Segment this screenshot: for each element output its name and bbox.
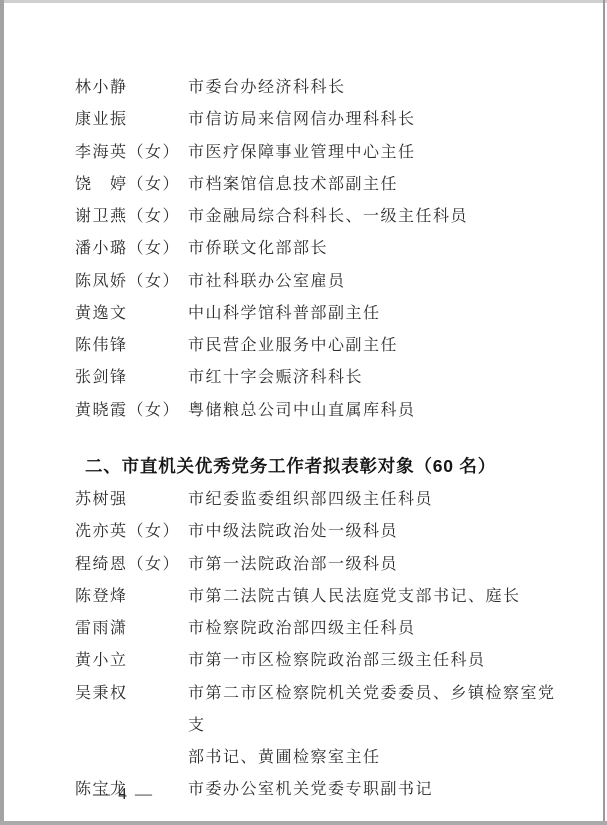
person-title: 市检察院政治部四级主任科员 (188, 613, 567, 645)
roster-section-1: 林小静 市委台办经济科科长 康业振 市信访局来信网信办理科科长 李海英（女） 市… (0, 72, 607, 427)
list-item: 雷雨潇 市检察院政治部四级主任科员 (0, 613, 607, 645)
person-name: 陈登烽 (75, 581, 188, 613)
list-item: 张剑锋 市红十字会赈济科科长 (0, 362, 607, 394)
person-title: 市信访局来信网信办理科科长 (188, 104, 567, 136)
person-title: 市纪委监委组织部四级主任科员 (188, 484, 567, 516)
list-item: 林小静 市委台办经济科科长 (0, 72, 607, 104)
scan-edge-top (0, 0, 607, 3)
person-title: 市第二市区检察院机关党委委员、乡镇检察室党支 部书记、黄圃检察室主任 (188, 678, 567, 775)
roster-section-2: 苏树强 市纪委监委组织部四级主任科员 冼亦英（女） 市中级法院政治处一级科员 程… (0, 484, 607, 807)
person-name: 黄晓霞（女） (75, 395, 188, 427)
person-title: 市社科联办公室雇员 (188, 266, 567, 298)
person-name: 张剑锋 (75, 362, 188, 394)
list-item: 陈伟锋 市民营企业服务中心副主任 (0, 330, 607, 362)
person-name: 陈凤娇（女） (75, 266, 188, 298)
person-title: 市中级法院政治处一级科员 (188, 516, 567, 548)
person-title: 市委办公室机关党委专职副书记 (188, 774, 567, 806)
person-title: 市医疗保障事业管理中心主任 (188, 137, 567, 169)
person-name: 冼亦英（女） (75, 516, 188, 548)
person-title: 市金融局综合科科长、一级主任科员 (188, 201, 567, 233)
list-item: 康业振 市信访局来信网信办理科科长 (0, 104, 607, 136)
person-title: 市民营企业服务中心副主任 (188, 330, 567, 362)
person-title: 粤储粮总公司中山直属库科员 (188, 395, 567, 427)
list-item: 陈登烽 市第二法院古镇人民法庭党支部书记、庭长 (0, 581, 607, 613)
person-name: 康业振 (75, 104, 188, 136)
list-item: 潘小璐（女） 市侨联文化部部长 (0, 233, 607, 265)
person-name: 陈伟锋 (75, 330, 188, 362)
person-title: 市档案馆信息技术部副主任 (188, 169, 567, 201)
person-name: 黄逸文 (75, 298, 188, 330)
person-name: 吴秉权 (75, 678, 188, 710)
person-title: 市第二法院古镇人民法庭党支部书记、庭长 (188, 581, 567, 613)
person-title: 市红十字会赈济科科长 (188, 362, 567, 394)
person-name: 潘小璐（女） (75, 233, 188, 265)
person-name: 苏树强 (75, 484, 188, 516)
list-item: 谢卫燕（女） 市金融局综合科科长、一级主任科员 (0, 201, 607, 233)
person-name: 李海英（女） (75, 137, 188, 169)
list-item: 陈宝龙 市委办公室机关党委专职副书记 (0, 774, 607, 806)
document-page: 林小静 市委台办经济科科长 康业振 市信访局来信网信办理科科长 李海英（女） 市… (0, 0, 607, 825)
list-item: 李海英（女） 市医疗保障事业管理中心主任 (0, 137, 607, 169)
person-title: 市第一法院政治部一级科员 (188, 549, 567, 581)
list-item: 黄逸文 中山科学馆科普部副主任 (0, 298, 607, 330)
page-number: — 4 — (93, 783, 154, 805)
person-name: 程绮恩（女） (75, 549, 188, 581)
person-name: 饶 婷（女） (75, 169, 188, 201)
person-name: 雷雨潇 (75, 613, 188, 645)
person-title: 市侨联文化部部长 (188, 233, 567, 265)
person-title: 市第一市区检察院政治部三级主任科员 (188, 645, 567, 677)
list-item: 苏树强 市纪委监委组织部四级主任科员 (0, 484, 607, 516)
person-name: 黄小立 (75, 645, 188, 677)
list-item: 陈凤娇（女） 市社科联办公室雇员 (0, 266, 607, 298)
list-item: 饶 婷（女） 市档案馆信息技术部副主任 (0, 169, 607, 201)
section-heading: 二、市直机关优秀党务工作者拟表彰对象（60 名） (85, 453, 496, 479)
person-name: 谢卫燕（女） (75, 201, 188, 233)
person-title: 市委台办经济科科长 (188, 72, 567, 104)
person-title: 中山科学馆科普部副主任 (188, 298, 567, 330)
list-item: 程绮恩（女） 市第一法院政治部一级科员 (0, 549, 607, 581)
list-item: 黄晓霞（女） 粤储粮总公司中山直属库科员 (0, 395, 607, 427)
list-item: 吴秉权 市第二市区检察院机关党委委员、乡镇检察室党支 部书记、黄圃检察室主任 (0, 678, 607, 775)
list-item: 黄小立 市第一市区检察院政治部三级主任科员 (0, 645, 607, 677)
person-name: 林小静 (75, 72, 188, 104)
list-item: 冼亦英（女） 市中级法院政治处一级科员 (0, 516, 607, 548)
scan-edge-bottom (0, 821, 607, 825)
